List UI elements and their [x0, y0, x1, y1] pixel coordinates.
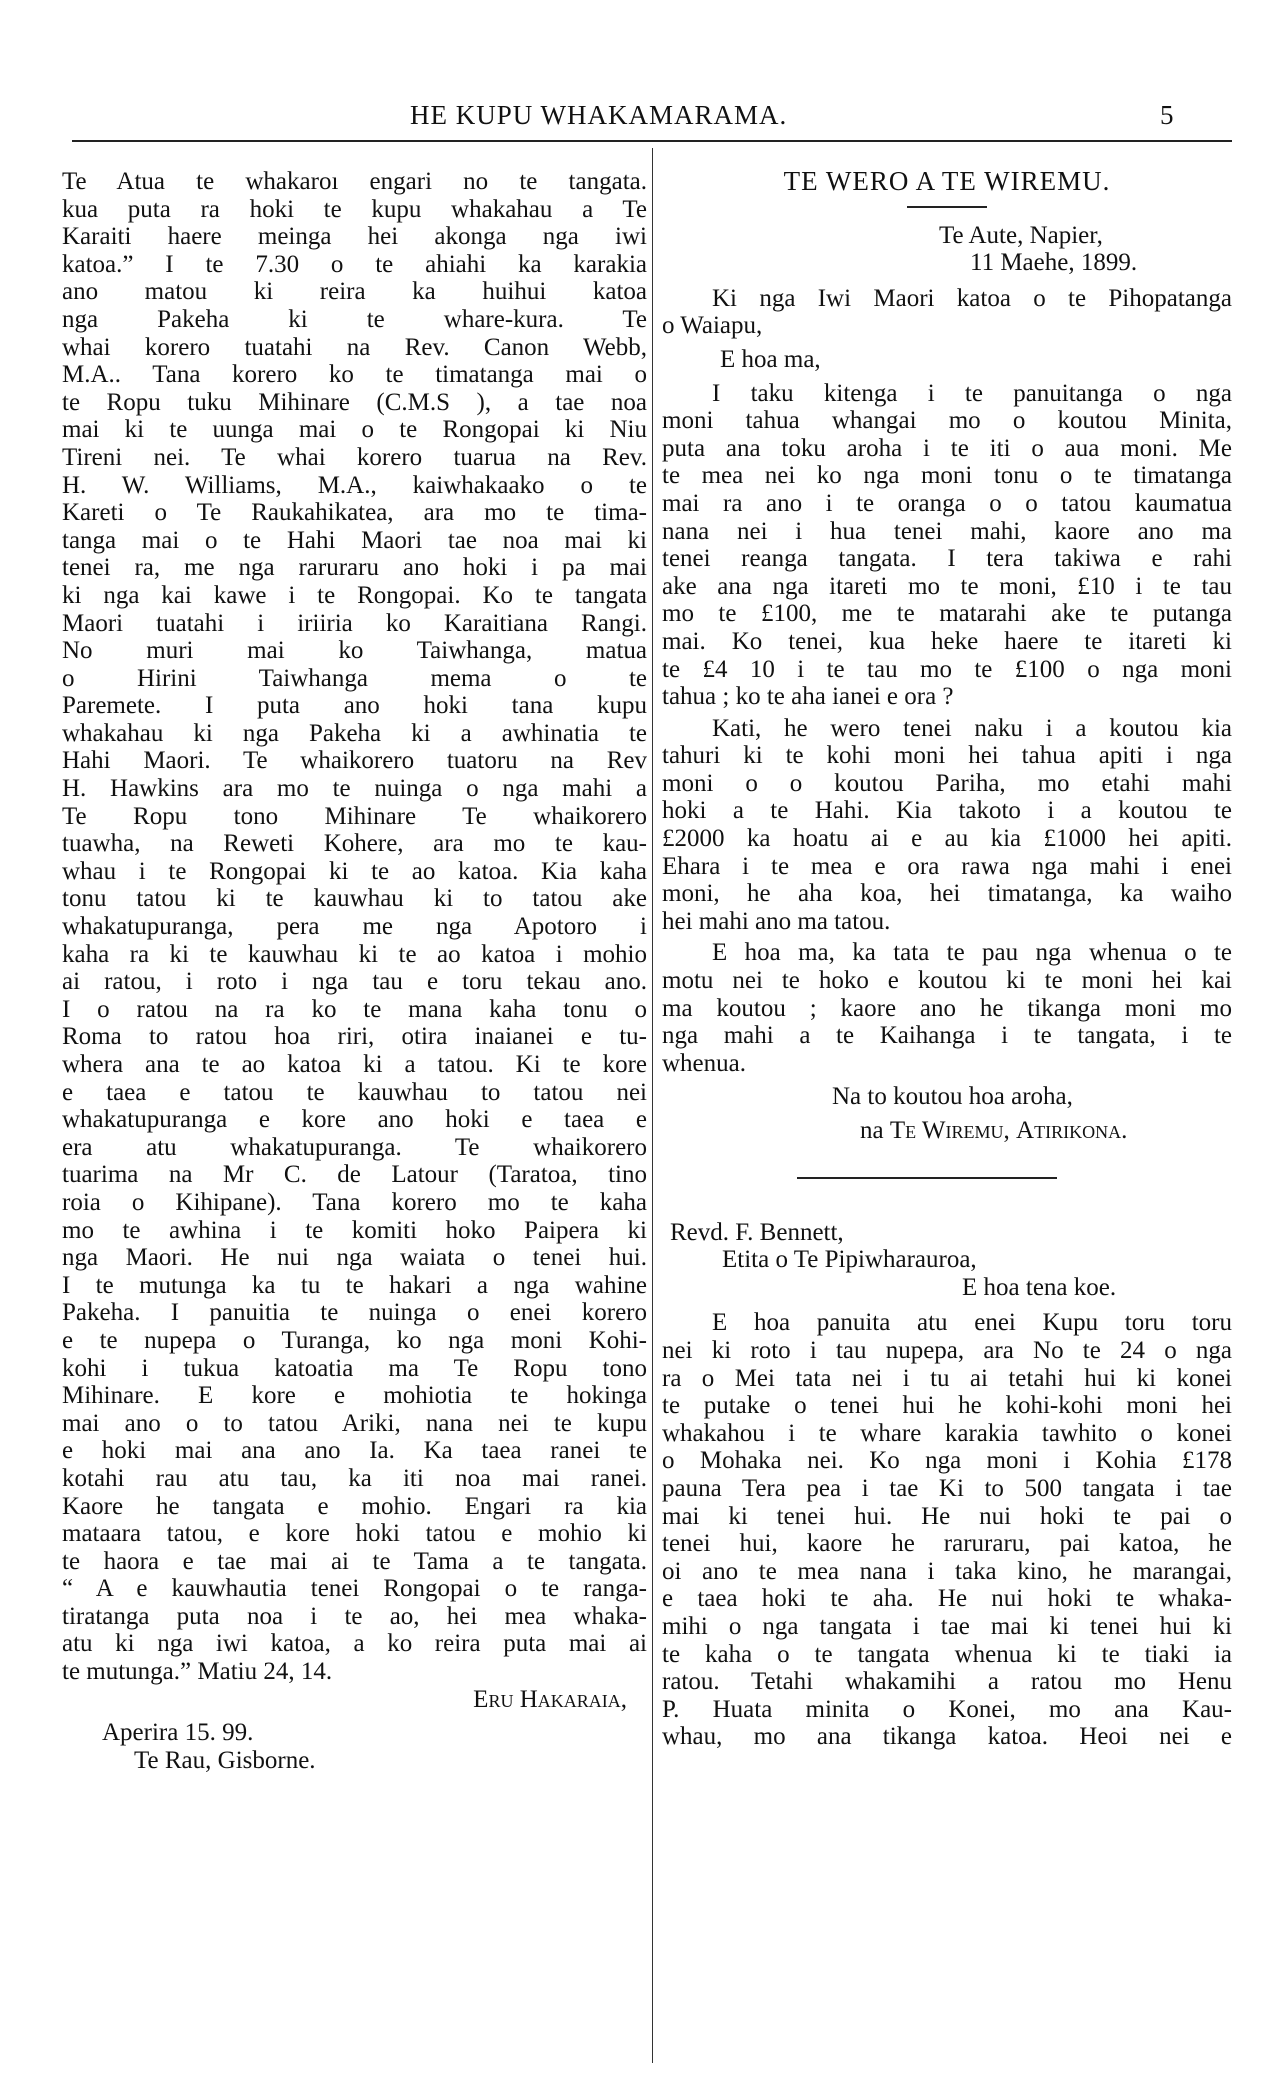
- signature-name: Te Wiremu: [890, 1117, 1004, 1144]
- article-body: Te Atua te whakaroı engari no te tangata…: [62, 168, 647, 1686]
- text-line: H. W. Williams, M.A., kaiwhakaako o te: [62, 472, 647, 500]
- salutation: E hoa ma,: [662, 346, 1232, 374]
- text-line: atu ki nga iwi katoa, a ko reira puta ma…: [62, 1630, 647, 1658]
- letter2-body: E hoa panuita atu enei Kupu toru torunei…: [662, 1309, 1232, 1751]
- text-line: tonu tatou ki te kauwhau ki to tatou ake: [62, 885, 647, 913]
- text-line: Mihinare. E kore e mohiotia te hokinga: [62, 1382, 647, 1410]
- text-line: tenei ra, me nga raruraru ano hoki i pa …: [62, 554, 647, 582]
- text-line: nei ki roto i tau nupepa, ara No te 24 o…: [662, 1337, 1232, 1365]
- text-line: Kati, he wero tenei naku i a koutou kia: [662, 715, 1232, 743]
- text-line: I o ratou na ra ko te mana kaha tonu o: [62, 996, 647, 1024]
- text-line: mo te £100, me te matarahi ake te putang…: [662, 600, 1232, 628]
- text-line: moni o o koutou Pariha, mo etahi mahi: [662, 770, 1232, 798]
- text-line: motu nei te hoko e koutou ki te moni hei…: [662, 967, 1232, 995]
- text-line: E hoa panuita atu enei Kupu toru toru: [662, 1309, 1232, 1337]
- text-line: nana nei i hua tenei mahi, kaore ano ma: [662, 518, 1232, 546]
- text-line: e taea hoki te aha. He nui hoki te whaka…: [662, 1585, 1232, 1613]
- text-line: e te nupepa o Turanga, ko nga moni Kohi-: [62, 1327, 647, 1355]
- text-line: moni, he aha koa, hei timatanga, ka waih…: [662, 880, 1232, 908]
- text-line: I te mutunga ka tu te hakari a nga wahin…: [62, 1272, 647, 1300]
- text-line: whau i te Rongopai ki te ao katoa. Kia k…: [62, 858, 647, 886]
- address-line-2: 11 Maehe, 1899.: [662, 249, 1232, 277]
- recipient: Ki nga Iwi Maori katoa o te Pihopatangao…: [662, 285, 1232, 340]
- title-rule: [907, 206, 987, 208]
- text-line: mai ra ano i te oranga o o tatou kaumatu…: [662, 490, 1232, 518]
- text-line: ra o Mei tata nei i tu ai tetahi hui ki …: [662, 1365, 1232, 1393]
- text-line: te haora e tae mai ai te Tama a te tanga…: [62, 1548, 647, 1576]
- text-line: kohi i tukua katoatia ma Te Ropu tono: [62, 1355, 647, 1383]
- paragraph-3: E hoa ma, ka tata te pau nga whenua o te…: [662, 939, 1232, 1077]
- text-line: ano matou ki reira ka huihui katoa: [62, 278, 647, 306]
- text-line: I taku kitenga i te panuitanga o nga: [662, 380, 1232, 408]
- text-line: Te Atua te whakaroı engari no te tangata…: [62, 168, 647, 196]
- placeline: Te Rau, Gisborne.: [62, 1747, 647, 1775]
- text-line: te putake o tenei hui he kohi-kohi moni …: [662, 1392, 1232, 1420]
- text-line: mihi o nga tangata i tae mai ki tenei hu…: [662, 1613, 1232, 1641]
- text-line: whau, mo ana tikanga katoa. Heoi nei e: [662, 1723, 1232, 1751]
- text-line: Ehara i te mea e ora rawa nga mahi i ene…: [662, 853, 1232, 881]
- text-line: ki nga kai kawe i te Rongopai. Ko te tan…: [62, 582, 647, 610]
- text-line: whakatupuranga e kore ano hoki e taea e: [62, 1106, 647, 1134]
- text-line: kaha ra ki te kauwhau ki te ao katoa i m…: [62, 941, 647, 969]
- text-line: pauna Tera pea i tae Ki to 500 tangata i…: [662, 1475, 1232, 1503]
- text-line: tahua ; ko te aha ianei e ora ?: [662, 683, 1232, 711]
- text-line: H. Hawkins ara mo te nuinga o nga mahi a: [62, 775, 647, 803]
- text-line: roia o Kihipane). Tana korero mo te kaha: [62, 1189, 647, 1217]
- text-line: tanga mai o te Hahi Maori tae noa mai ki: [62, 527, 647, 555]
- text-line: tenei reanga tangata. I tera takiwa e ra…: [662, 545, 1232, 573]
- text-line: “ A e kauwhautia tenei Rongopai o te ran…: [62, 1575, 647, 1603]
- dateline: Aperira 15. 99.: [62, 1719, 647, 1747]
- text-line: Kareti o Te Raukahikatea, ara mo te tima…: [62, 499, 647, 527]
- running-head: HE KUPU WHAKAMARAMA. 5: [0, 100, 1280, 140]
- text-line: era atu whakatupuranga. Te whaikorero: [62, 1134, 647, 1162]
- text-line: Pakeha. I panuitia te nuinga o enei kore…: [62, 1299, 647, 1327]
- text-line: tuarima na Mr C. de Latour (Taratoa, tin…: [62, 1161, 647, 1189]
- text-line: No muri mai ko Taiwhanga, matua: [62, 637, 647, 665]
- text-line: hoki a te Hahi. Kia takoto i a koutou te: [662, 797, 1232, 825]
- text-line: £2000 ka hoatu ai e au kia £1000 hei api…: [662, 825, 1232, 853]
- text-line: ai ratou, i roto i nga tau e toru tekau …: [62, 968, 647, 996]
- right-column: TE WERO A TE WIREMU. Te Aute, Napier, 11…: [662, 168, 1232, 1751]
- running-title: HE KUPU WHAKAMARAMA.: [410, 100, 787, 131]
- text-line: e hoki mai ana ano Ia. Ka taea ranei te: [62, 1437, 647, 1465]
- paragraph-2: Kati, he wero tenei naku i a koutou kiat…: [662, 715, 1232, 936]
- text-line: whera ana te ao katoa ki a tatou. Ki te …: [62, 1051, 647, 1079]
- text-line: M.A.. Tana korero ko te timatanga mai o: [62, 361, 647, 389]
- text-line: Te Ropu tono Mihinare Te whaikorero: [62, 803, 647, 831]
- text-line: nga mahi a te Kaihanga i te tangata, i t…: [662, 1022, 1232, 1050]
- text-line: mai ano o to tatou Ariki, nana nei te ku…: [62, 1410, 647, 1438]
- text-line: tahuri ki te kohi moni hei tahua apiti i…: [662, 742, 1232, 770]
- text-line: o Waiapu,: [662, 312, 1232, 340]
- column-divider: [652, 148, 653, 2063]
- page-number: 5: [1160, 100, 1174, 131]
- header-rule: [72, 140, 1232, 142]
- greeting: E hoa tena koe.: [662, 1274, 1232, 1302]
- text-line: Maori tuatahi i iriiria ko Karaitiana Ra…: [62, 610, 647, 638]
- text-line: moni tahua whangai mo o koutou Minita,: [662, 407, 1232, 435]
- letter-signature: na Te Wiremu, Atirikona.: [662, 1117, 1232, 1145]
- text-line: Ki nga Iwi Maori katoa o te Pihopatanga: [662, 285, 1232, 313]
- text-line: katoa.” I te 7.30 o te ahiahi ka karakia: [62, 251, 647, 279]
- text-line: oi ano te mea nana i taka kino, he maran…: [662, 1558, 1232, 1586]
- text-line: tuawha, na Reweti Kohere, ara mo te kau-: [62, 830, 647, 858]
- signature-title: Atirikona.: [1016, 1117, 1127, 1144]
- text-line: puta ana toku aroha i te iti o aua moni.…: [662, 435, 1232, 463]
- closing: Na to koutou hoa aroha,: [662, 1083, 1232, 1111]
- text-line: Tireni nei. Te whai korero tuarua na Rev…: [62, 444, 647, 472]
- text-line: o Hirini Taiwhanga mema o te: [62, 665, 647, 693]
- text-line: mai ki tenei hui. He nui hoki te pai o: [662, 1503, 1232, 1531]
- signature: Eru Hakaraia,: [62, 1686, 647, 1714]
- text-line: Roma to ratou hoa riri, otira inaianei e…: [62, 1023, 647, 1051]
- left-column: Te Atua te whakaroı engari no te tangata…: [62, 168, 647, 1774]
- paragraph-1: I taku kitenga i te panuitanga o ngamoni…: [662, 380, 1232, 711]
- text-line: Karaiti haere meinga hei akonga nga iwi: [62, 223, 647, 251]
- text-line: whakahou i te whare karakia tawhito o ko…: [662, 1420, 1232, 1448]
- text-line: whakahau ki nga Pakeha ki a awhinatia te: [62, 720, 647, 748]
- text-line: hei mahi ano ma tatou.: [662, 908, 1232, 936]
- text-line: ma koutou ; kaore ano he tikanga moni mo: [662, 995, 1232, 1023]
- text-line: tenei hui, kaore he raruraru, pai katoa,…: [662, 1530, 1232, 1558]
- section-rule: [797, 1177, 1057, 1179]
- text-line: nga Pakeha ki te whare-kura. Te: [62, 306, 647, 334]
- text-line: mataara tatou, e kore hoki tatou e mohio…: [62, 1520, 647, 1548]
- text-line: whenua.: [662, 1050, 1232, 1078]
- text-line: te £4 10 i te tau mo te £100 o nga moni: [662, 656, 1232, 684]
- text-line: kua puta ra hoki te kupu whakahau a Te: [62, 196, 647, 224]
- text-line: mo te awhina i te komiti hoko Paipera ki: [62, 1217, 647, 1245]
- text-line: E hoa ma, ka tata te pau nga whenua o te: [662, 939, 1232, 967]
- text-line: whai korero tuatahi na Rev. Canon Webb,: [62, 334, 647, 362]
- text-line: o Mohaka nei. Ko nga moni i Kohia £178: [662, 1447, 1232, 1475]
- text-line: mai. Ko tenei, kua heke haere te itareti…: [662, 628, 1232, 656]
- addressee: Revd. F. Bennett,: [662, 1219, 1232, 1247]
- addressee-role: Etita o Te Pipiwharauroa,: [662, 1246, 1232, 1274]
- text-line: P. Huata minita o Konei, mo ana Kau-: [662, 1696, 1232, 1724]
- text-line: Kaore he tangata e mohio. Engari ra kia: [62, 1493, 647, 1521]
- text-line: kotahi rau atu tau, ka iti noa mai ranei…: [62, 1465, 647, 1493]
- address-line-1: Te Aute, Napier,: [662, 222, 1232, 250]
- text-line: te Ropu tuku Mihinare (C.M.S ), a tae no…: [62, 389, 647, 417]
- letter-title: TE WERO A TE WIREMU.: [662, 168, 1232, 196]
- text-line: e taea e tatou te kauwhau to tatou nei: [62, 1079, 647, 1107]
- text-line: Hahi Maori. Te whaikorero tuatoru na Rev: [62, 747, 647, 775]
- text-line: nga Maori. He nui nga waiata o tenei hui…: [62, 1244, 647, 1272]
- text-line: ake ana nga itareti mo te moni, £10 i te…: [662, 573, 1232, 601]
- text-line: te mutunga.” Matiu 24, 14.: [62, 1658, 647, 1686]
- text-line: te mea nei ko nga moni tonu o te timatan…: [662, 462, 1232, 490]
- text-line: ratou. Tetahi whakamihi a ratou mo Henu: [662, 1668, 1232, 1696]
- text-line: Paremete. I puta ano hoki tana kupu: [62, 692, 647, 720]
- text-line: whakatupuranga, pera me nga Apotoro i: [62, 913, 647, 941]
- text-line: te kaha o te tangata whenua ki te tiaki …: [662, 1641, 1232, 1669]
- text-line: tiratanga puta noa i te ao, hei mea whak…: [62, 1603, 647, 1631]
- text-line: mai ki te uunga mai o te Rongopai ki Niu: [62, 416, 647, 444]
